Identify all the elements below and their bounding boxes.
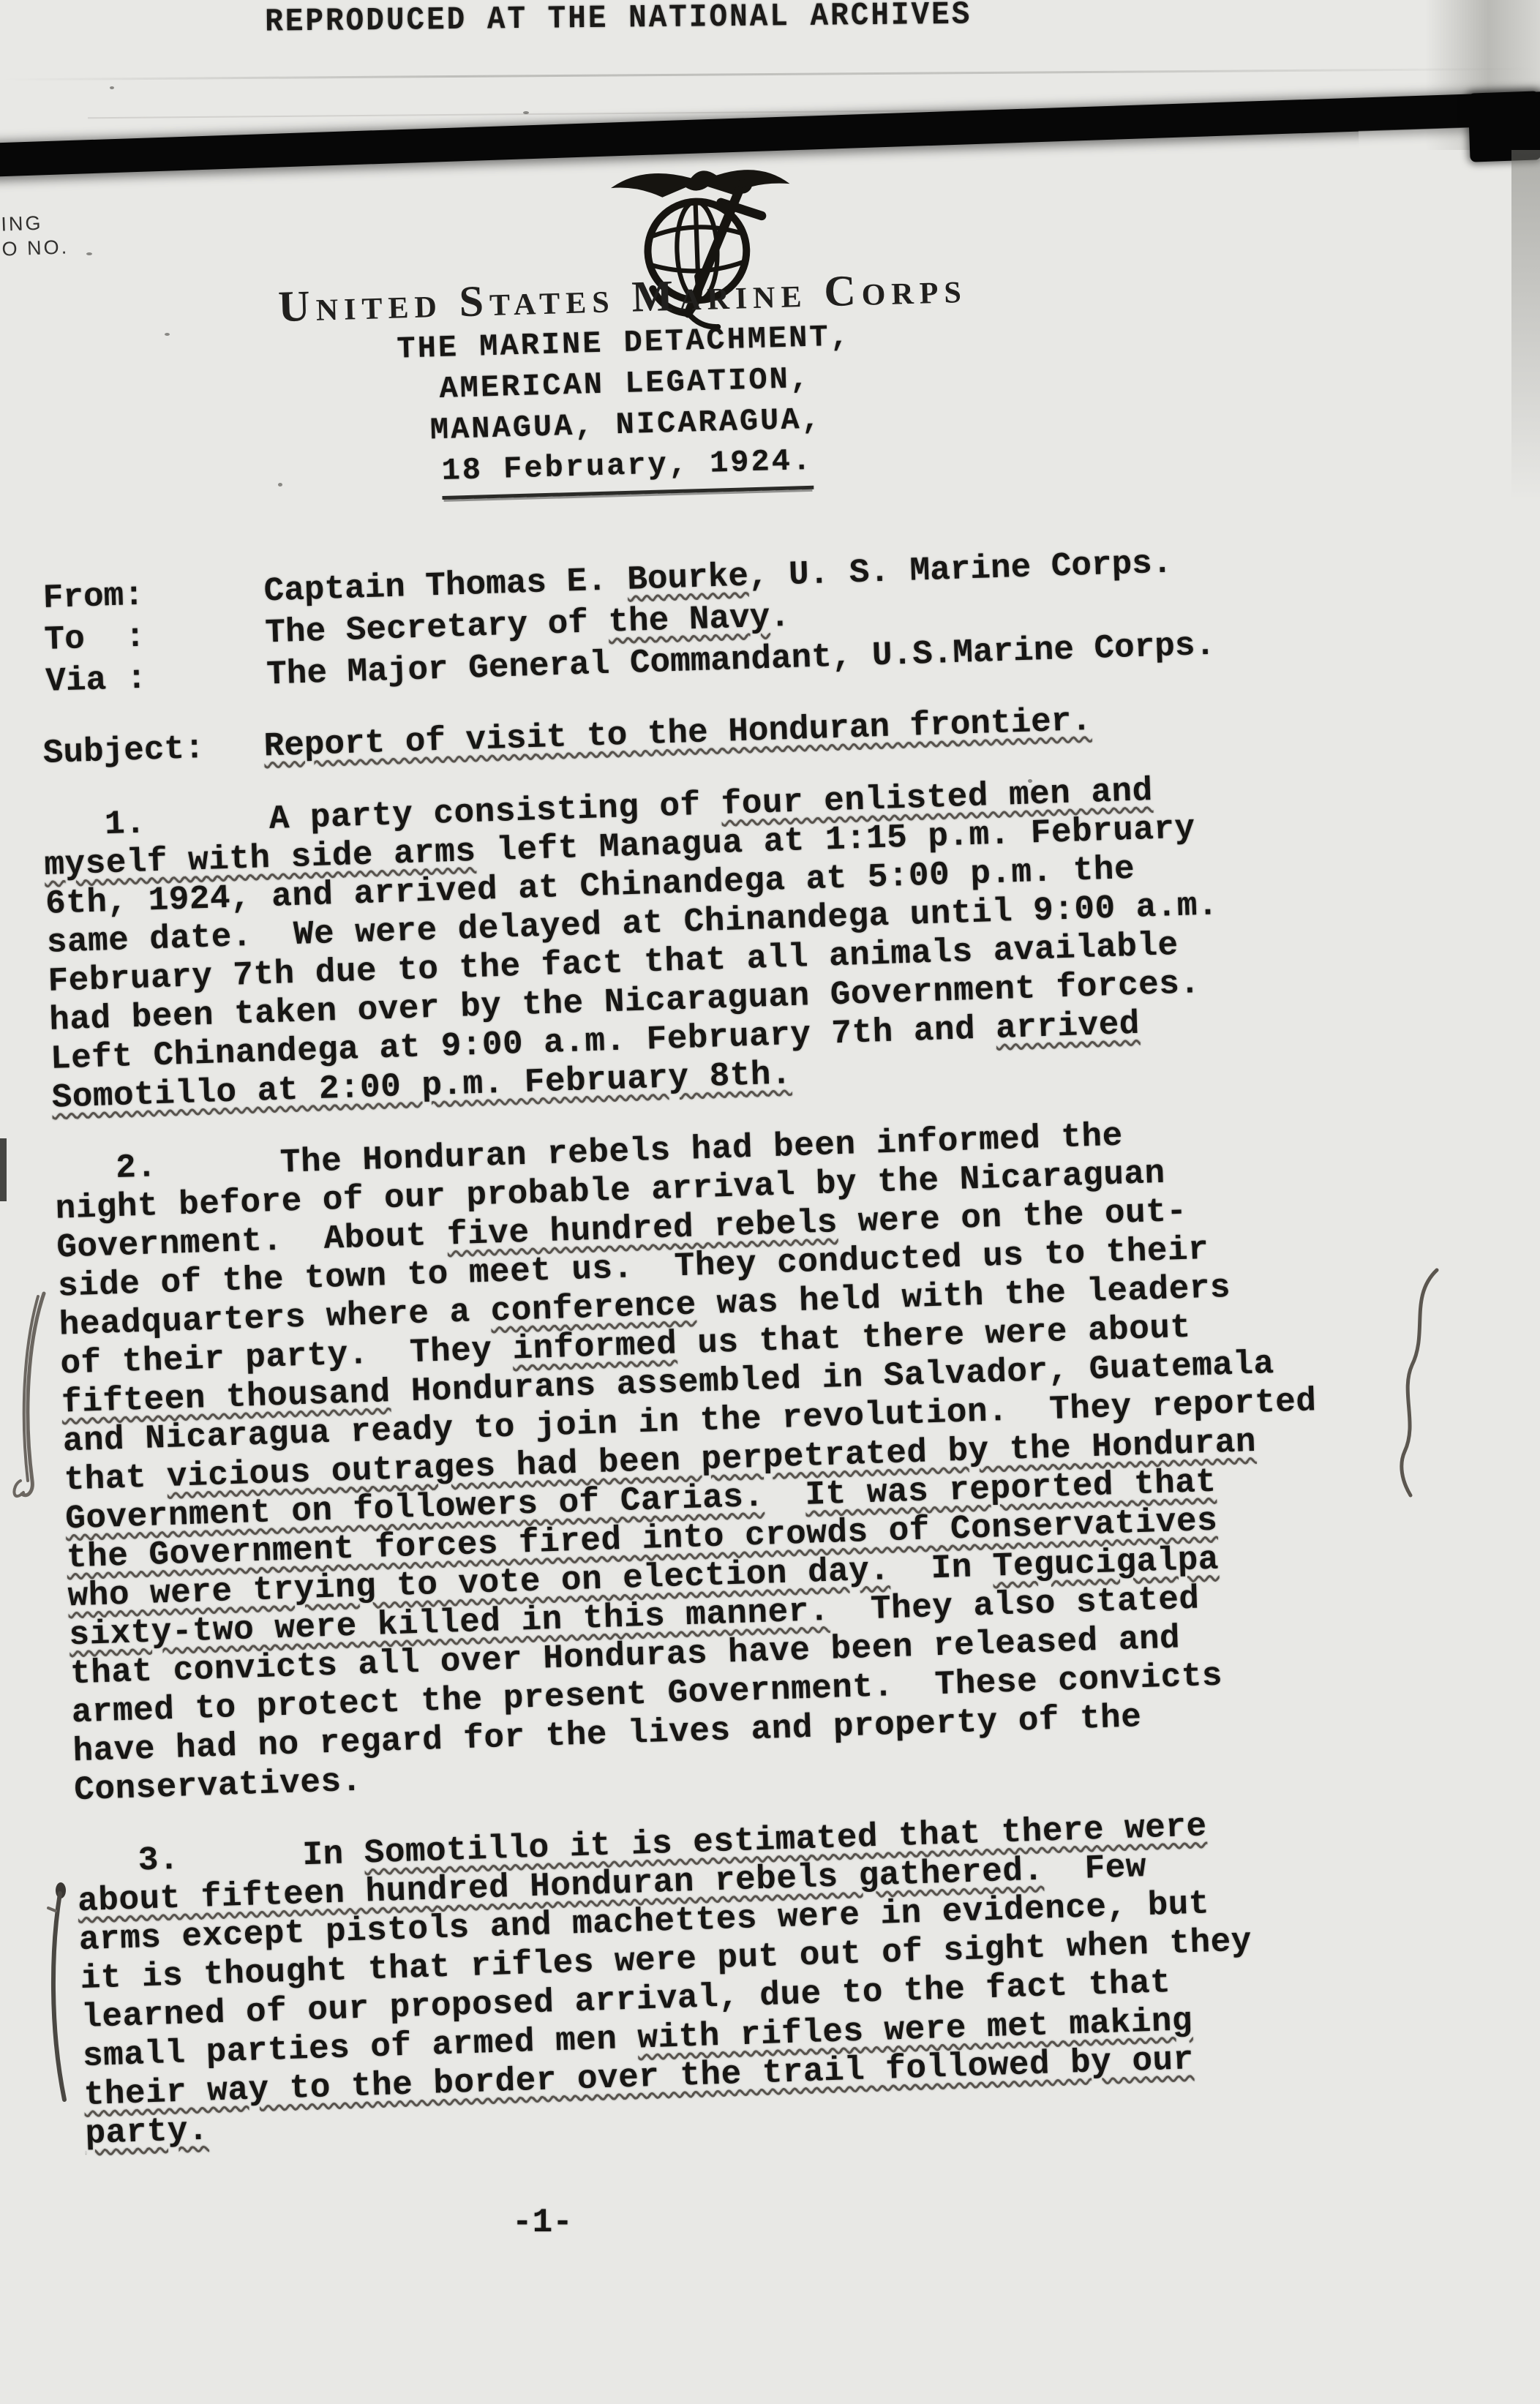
letterhead: United States Marine Corps THE MARINE DE… xyxy=(168,260,1081,508)
subject-row: Subject: Report of visit to the Honduran… xyxy=(42,700,1092,775)
from-label: From: xyxy=(42,571,265,620)
underlined-text: party. xyxy=(85,2111,209,2153)
pen-margin-mark-left-line xyxy=(38,1880,75,2112)
letterhead-margin-note: ING O NO. xyxy=(1,209,70,261)
text-segment xyxy=(764,1476,806,1516)
ink-speck xyxy=(86,252,92,255)
underlined-text: Bourke xyxy=(627,557,749,599)
scan-edge-artifact xyxy=(0,1138,7,1201)
page-edge-shadow xyxy=(1511,150,1540,501)
address-block: From: Captain Thomas E. Bourke, U. S. Ma… xyxy=(42,541,1216,703)
subject-label: Subject: xyxy=(42,726,265,775)
subject-value: Report of visit to the Honduran frontier… xyxy=(263,700,1092,768)
underlined-text: Tegucigalpa xyxy=(992,1541,1220,1586)
via-label: Via : xyxy=(45,654,268,702)
paragraph: 2. The Honduran rebels had been informed… xyxy=(53,1105,1493,1810)
underlined-text: arrived xyxy=(995,1005,1140,1048)
text-segment: that xyxy=(64,1458,168,1500)
margin-note-line: ING xyxy=(1,209,69,236)
date-text: 18 February, 1924. xyxy=(441,440,814,500)
paragraph: 3. In Somotillo it is estimated that the… xyxy=(76,1798,1505,2154)
ink-speck xyxy=(110,86,114,89)
ink-speck xyxy=(165,333,170,336)
underlined-text: informed xyxy=(512,1325,677,1368)
ink-speck xyxy=(523,111,529,114)
text-segment: Few xyxy=(1043,1848,1147,1890)
pen-margin-mark-right-squiggle xyxy=(1380,1267,1460,1512)
margin-note-line: O NO. xyxy=(1,234,70,261)
pen-margin-mark-left-double-curve xyxy=(6,1289,57,1512)
underlined-text: conference xyxy=(490,1286,697,1331)
document-body: 1. A party consisting of four enlisted m… xyxy=(42,762,1506,2187)
paper-crease xyxy=(0,68,1540,81)
text-segment: . xyxy=(769,598,790,636)
paragraph: 1. A party consisting of four enlisted m… xyxy=(42,762,1471,1117)
scanned-document-page: REPRODUCED AT THE NATIONAL ARCHIVES ING … xyxy=(0,0,1540,2404)
to-label: To : xyxy=(44,612,266,661)
text-segment: In xyxy=(890,1548,994,1590)
underlined-text: the Navy xyxy=(608,598,770,642)
national-archives-stamp: REPRODUCED AT THE NATIONAL ARCHIVES xyxy=(265,0,972,41)
page-number: -1- xyxy=(512,2204,573,2242)
underlined-text: Report of visit to the Honduran frontier… xyxy=(263,702,1092,766)
